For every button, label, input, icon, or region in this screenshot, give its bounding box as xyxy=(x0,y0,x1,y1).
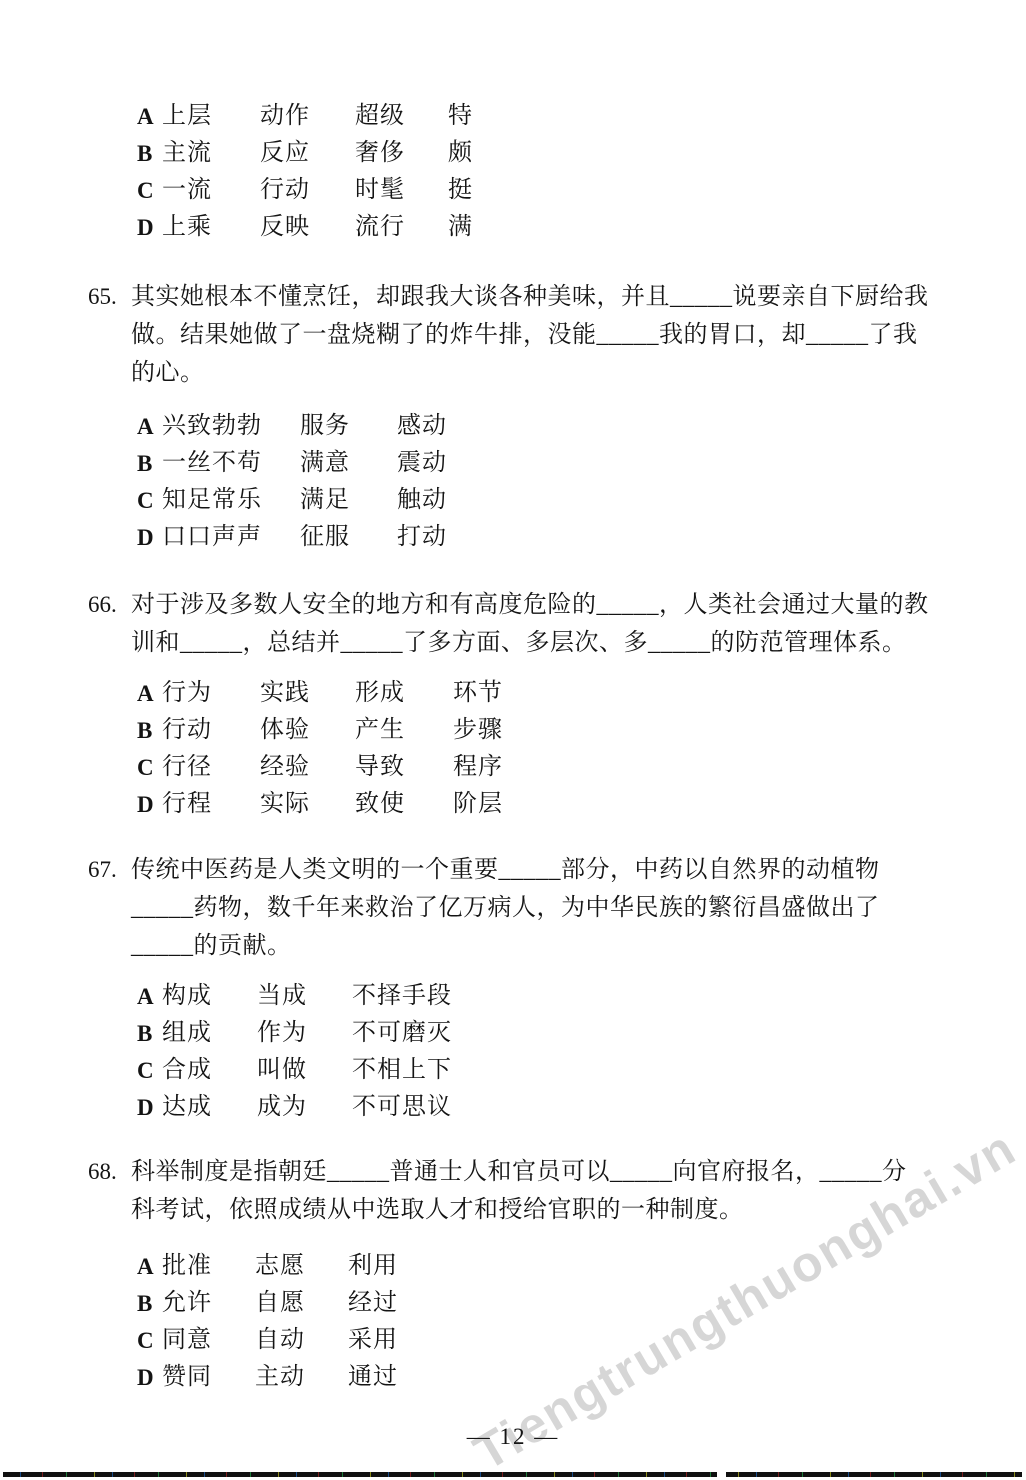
option-row: B允许自愿经过 xyxy=(137,1285,398,1322)
option-row: B主流反应奢侈颇 xyxy=(137,135,473,172)
option-word: 上层 xyxy=(162,98,260,135)
option-word: 体验 xyxy=(260,712,355,749)
option-word: 震动 xyxy=(397,445,447,482)
option-word: 产生 xyxy=(355,712,453,749)
option-row: A构成当成不择手段 xyxy=(137,978,452,1015)
option-word: 行动 xyxy=(162,712,260,749)
option-row: C一流行动时髦挺 xyxy=(137,172,473,209)
option-word: 颇 xyxy=(448,135,473,172)
option-word: 不择手段 xyxy=(352,978,452,1015)
option-word: 反映 xyxy=(260,209,355,246)
option-word: 当成 xyxy=(257,978,352,1015)
option-row: A行为实践形成环节 xyxy=(137,675,503,712)
question-text-line: 其实她根本不懂烹饪，却跟我大谈各种美味，并且_____说要亲自下厨给我 xyxy=(131,278,986,316)
option-word: 导致 xyxy=(355,749,453,786)
option-word: 叫做 xyxy=(257,1052,352,1089)
question-options: A批准志愿利用B允许自愿经过C同意自动采用D赞同主动通过 xyxy=(137,1248,398,1396)
question-text-line: 科举制度是指朝廷_____普通士人和官员可以_____向官府报名，_____分 xyxy=(131,1153,986,1191)
option-word: 行程 xyxy=(162,786,260,823)
question-text-line: 对于涉及多数人安全的地方和有高度危险的_____，人类社会通过大量的教 xyxy=(131,586,986,624)
question-text-line: _____药物，数千年来救治了亿万病人，为中华民族的繁衍昌盛做出了 xyxy=(131,889,986,927)
option-row: C知足常乐满足触动 xyxy=(137,482,447,519)
option-row: D赞同主动通过 xyxy=(137,1359,398,1396)
option-word: 作为 xyxy=(257,1015,352,1052)
option-row: D行程实际致使阶层 xyxy=(137,786,503,823)
option-word: 阶层 xyxy=(453,786,503,823)
option-row: C合成叫做不相上下 xyxy=(137,1052,452,1089)
question-options: A行为实践形成环节B行动体验产生步骤C行径经验导致程序D行程实际致使阶层 xyxy=(137,675,503,823)
question-text-line: 科考试，依照成绩从中选取人才和授给官职的一种制度。 xyxy=(131,1191,986,1229)
question-number: 68. xyxy=(88,1153,117,1191)
option-word: 征服 xyxy=(300,519,397,556)
question-text: 对于涉及多数人安全的地方和有高度危险的_____，人类社会通过大量的教训和___… xyxy=(131,586,986,662)
option-word: 志愿 xyxy=(255,1248,348,1285)
question-number: 65. xyxy=(88,278,117,316)
option-word: 合成 xyxy=(162,1052,257,1089)
option-word: 达成 xyxy=(162,1089,257,1126)
option-letter: D xyxy=(137,786,162,823)
option-word: 服务 xyxy=(300,408,397,445)
question-text-line: _____的贡献。 xyxy=(131,927,986,965)
option-letter: A xyxy=(137,1248,162,1285)
option-word: 主动 xyxy=(255,1359,348,1396)
option-row: A兴致勃勃服务感动 xyxy=(137,408,447,445)
option-word: 口口声声 xyxy=(162,519,300,556)
option-row: B组成作为不可磨灭 xyxy=(137,1015,452,1052)
option-letter: B xyxy=(137,1285,162,1322)
option-letter: C xyxy=(137,172,162,209)
option-word: 利用 xyxy=(348,1248,398,1285)
question-number: 67. xyxy=(88,851,117,889)
option-word: 知足常乐 xyxy=(162,482,300,519)
option-row: D口口声声征服打动 xyxy=(137,519,447,556)
option-word: 自动 xyxy=(255,1322,348,1359)
option-word: 上乘 xyxy=(162,209,260,246)
question-text-line: 做。结果她做了一盘烧糊了的炸牛排，没能_____我的胃口，却_____了我 xyxy=(131,316,986,354)
option-word: 特 xyxy=(448,98,473,135)
option-word: 一丝不苟 xyxy=(162,445,300,482)
option-word: 反应 xyxy=(260,135,355,172)
option-word: 成为 xyxy=(257,1089,352,1126)
question-text: 传统中医药是人类文明的一个重要_____部分，中药以自然界的动植物_____药物… xyxy=(131,851,986,965)
option-word: 组成 xyxy=(162,1015,257,1052)
question-text-line: 的心。 xyxy=(131,354,986,392)
option-word: 实际 xyxy=(260,786,355,823)
option-word: 主流 xyxy=(162,135,260,172)
option-row: D上乘反映流行满 xyxy=(137,209,473,246)
option-word: 时髦 xyxy=(355,172,448,209)
option-word: 步骤 xyxy=(453,712,503,749)
option-letter: B xyxy=(137,135,162,172)
question-66: 66.对于涉及多数人安全的地方和有高度危险的_____，人类社会通过大量的教训和… xyxy=(0,586,1026,662)
question-65: 65.其实她根本不懂烹饪，却跟我大谈各种美味，并且_____说要亲自下厨给我做。… xyxy=(0,278,1026,392)
option-word: 采用 xyxy=(348,1322,398,1359)
option-word: 构成 xyxy=(162,978,257,1015)
question-67: 67.传统中医药是人类文明的一个重要_____部分，中药以自然界的动植物____… xyxy=(0,851,1026,965)
option-word: 形成 xyxy=(355,675,453,712)
option-word: 兴致勃勃 xyxy=(162,408,300,445)
option-word: 满足 xyxy=(300,482,397,519)
option-letter: C xyxy=(137,1322,162,1359)
option-word: 满 xyxy=(448,209,473,246)
option-row: C同意自动采用 xyxy=(137,1322,398,1359)
option-letter: A xyxy=(137,408,162,445)
option-word: 不相上下 xyxy=(352,1052,452,1089)
page-number: — 12 — xyxy=(0,1424,1026,1450)
option-word: 环节 xyxy=(453,675,503,712)
option-word: 不可思议 xyxy=(352,1089,452,1126)
option-letter: C xyxy=(137,749,162,786)
option-word: 允许 xyxy=(162,1285,255,1322)
option-word: 挺 xyxy=(448,172,473,209)
option-letter: B xyxy=(137,712,162,749)
option-letter: A xyxy=(137,675,162,712)
question-options: A构成当成不择手段B组成作为不可磨灭C合成叫做不相上下D达成成为不可思议 xyxy=(137,978,452,1126)
option-letter: D xyxy=(137,209,162,246)
question-text: 科举制度是指朝廷_____普通士人和官员可以_____向官府报名，_____分科… xyxy=(131,1153,986,1229)
question-text: 其实她根本不懂烹饪，却跟我大谈各种美味，并且_____说要亲自下厨给我做。结果她… xyxy=(131,278,986,392)
option-row: D达成成为不可思议 xyxy=(137,1089,452,1126)
option-row: A批准志愿利用 xyxy=(137,1248,398,1285)
option-word: 行为 xyxy=(162,675,260,712)
option-word: 动作 xyxy=(260,98,355,135)
option-word: 实践 xyxy=(260,675,355,712)
option-word: 一流 xyxy=(162,172,260,209)
option-word: 致使 xyxy=(355,786,453,823)
option-letter: A xyxy=(137,98,162,135)
question-number: 66. xyxy=(88,586,117,624)
option-word: 同意 xyxy=(162,1322,255,1359)
option-letter: C xyxy=(137,482,162,519)
option-word: 行径 xyxy=(162,749,260,786)
option-word: 自愿 xyxy=(255,1285,348,1322)
option-word: 行动 xyxy=(260,172,355,209)
option-letter: D xyxy=(137,519,162,556)
option-word: 经验 xyxy=(260,749,355,786)
option-row: C行径经验导致程序 xyxy=(137,749,503,786)
carryover-option-block: A上层动作超级特B主流反应奢侈颇C一流行动时髦挺D上乘反映流行满 xyxy=(137,98,473,246)
option-word: 不可磨灭 xyxy=(352,1015,452,1052)
option-word: 流行 xyxy=(355,209,448,246)
scan-artifact-bar xyxy=(3,1472,1022,1477)
option-row: B行动体验产生步骤 xyxy=(137,712,503,749)
option-word: 满意 xyxy=(300,445,397,482)
option-word: 感动 xyxy=(397,408,447,445)
option-word: 通过 xyxy=(348,1359,398,1396)
question-options: A兴致勃勃服务感动B一丝不苟满意震动C知足常乐满足触动D口口声声征服打动 xyxy=(137,408,447,556)
option-word: 赞同 xyxy=(162,1359,255,1396)
question-68: 68.科举制度是指朝廷_____普通士人和官员可以_____向官府报名，____… xyxy=(0,1153,1026,1229)
option-letter: D xyxy=(137,1359,162,1396)
option-word: 奢侈 xyxy=(355,135,448,172)
option-row: B一丝不苟满意震动 xyxy=(137,445,447,482)
option-row: A上层动作超级特 xyxy=(137,98,473,135)
option-word: 超级 xyxy=(355,98,448,135)
option-letter: D xyxy=(137,1089,162,1126)
option-letter: B xyxy=(137,1015,162,1052)
option-word: 经过 xyxy=(348,1285,398,1322)
option-letter: A xyxy=(137,978,162,1015)
question-text-line: 训和_____，总结并_____了多方面、多层次、多_____的防范管理体系。 xyxy=(131,624,986,662)
question-text-line: 传统中医药是人类文明的一个重要_____部分，中药以自然界的动植物 xyxy=(131,851,986,889)
option-word: 批准 xyxy=(162,1248,255,1285)
option-word: 程序 xyxy=(453,749,503,786)
option-word: 打动 xyxy=(397,519,447,556)
exam-page: Tiengtrungthuonghai.vn A上层动作超级特B主流反应奢侈颇C… xyxy=(0,0,1026,1480)
option-word: 触动 xyxy=(397,482,447,519)
option-letter: C xyxy=(137,1052,162,1089)
option-letter: B xyxy=(137,445,162,482)
